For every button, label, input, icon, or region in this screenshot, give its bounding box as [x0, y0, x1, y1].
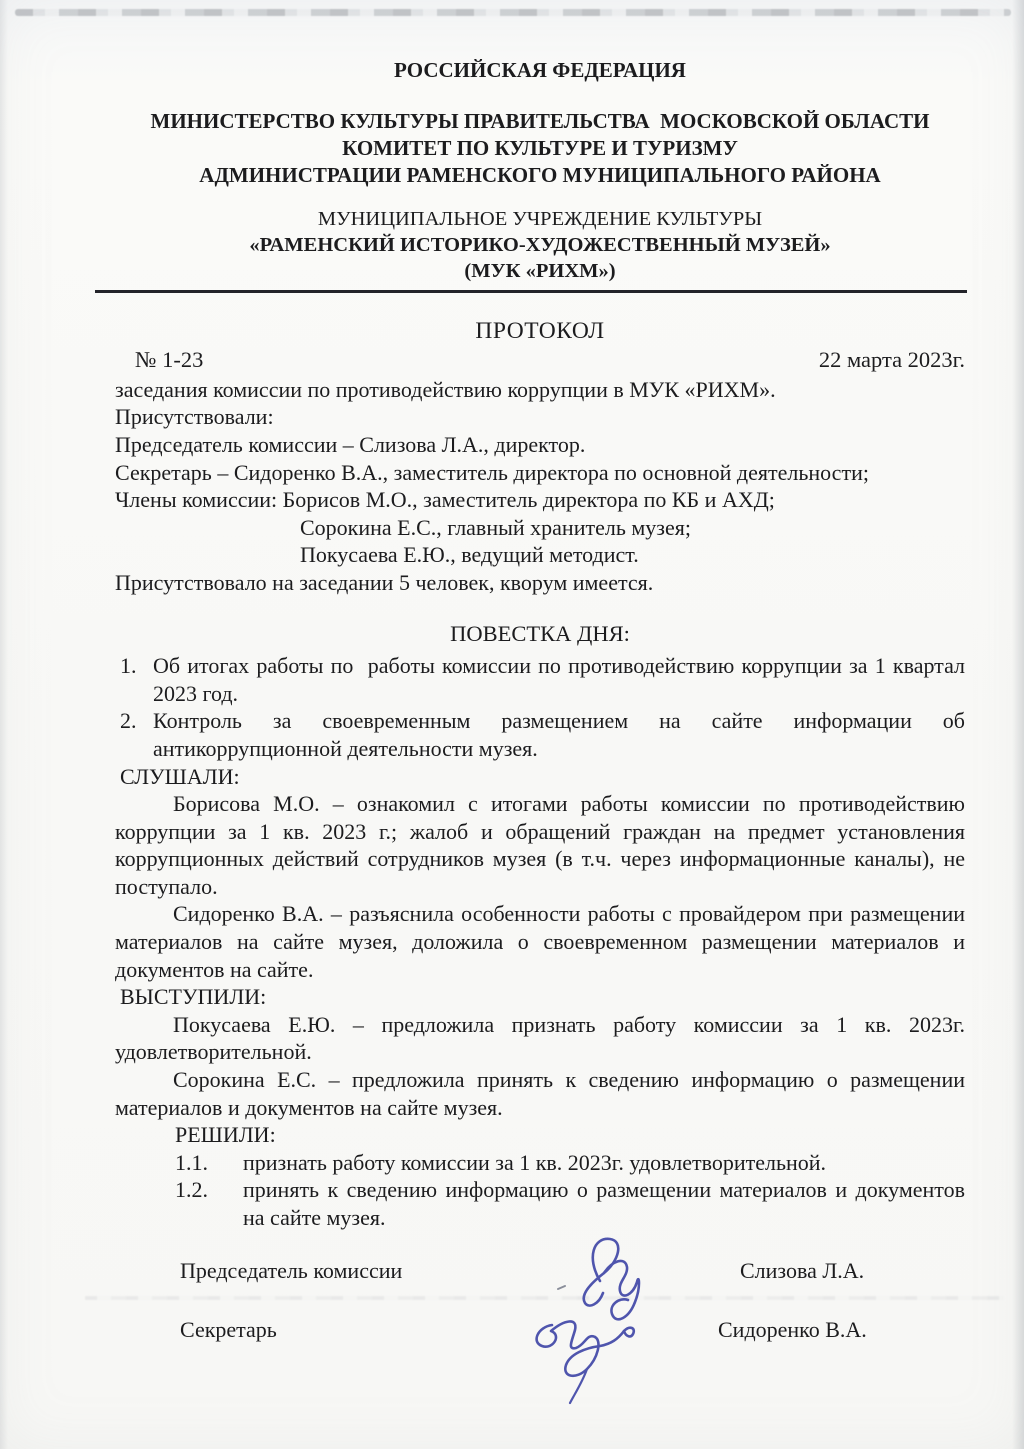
header-separator-line: [95, 290, 967, 293]
header-administration: АДМИНИСТРАЦИИ РАМЕНСКОГО МУНИЦИПАЛЬНОГО …: [115, 162, 965, 189]
signature-role-chairman: Председатель комиссии: [180, 1258, 402, 1284]
attendee-member-3: Покусаева Е.Ю., ведущий методист.: [115, 541, 965, 569]
decided-item-text: признать работу комиссии за 1 кв. 2023г.…: [243, 1149, 965, 1177]
attendee-members-line: Члены комиссии: Борисов М.О., заместител…: [115, 486, 965, 514]
document-content: РОССИЙСКАЯ ФЕДЕРАЦИЯ МИНИСТЕРСТВО КУЛЬТУ…: [115, 0, 965, 1232]
decided-item-text: принять к сведению информацию о размещен…: [243, 1176, 965, 1231]
decided-heading: РЕШИЛИ:: [175, 1121, 965, 1149]
header-institution-type: МУНИЦИПАЛЬНОЕ УЧРЕЖДЕНИЕ КУЛЬТУРЫ: [115, 206, 965, 232]
decided-item-number: 1.1.: [175, 1149, 243, 1177]
header-museum-name: «РАМЕНСКИЙ ИСТОРИКО-ХУДОЖЕСТВЕННЫЙ МУЗЕЙ…: [115, 232, 965, 258]
attendee-member-2: Сорокина Е.С., главный хранитель музея;: [115, 514, 965, 542]
agenda-item-text: Контроль за своевременным размещением на…: [153, 707, 965, 762]
attendee-secretary: Секретарь – Сидоренко В.А., заместитель …: [115, 459, 965, 487]
protocol-number-date-row: № 1-23 22 марта 2023г.: [115, 346, 965, 374]
decided-item: 1.1. признать работу комиссии за 1 кв. 2…: [175, 1149, 965, 1177]
scan-edge-shadow-right: [1012, 0, 1024, 1449]
protocol-number: № 1-23: [115, 346, 203, 374]
agenda-item-text: Об итогах работы по работы комиссии по п…: [153, 652, 965, 707]
agenda-heading: ПОВЕСТКА ДНЯ:: [115, 620, 965, 648]
header-committee: КОМИТЕТ ПО КУЛЬТУРЕ И ТУРИЗМУ: [115, 135, 965, 162]
scanned-document-page: РОССИЙСКАЯ ФЕДЕРАЦИЯ МИНИСТЕРСТВО КУЛЬТУ…: [0, 0, 1024, 1449]
attendees-label: Присутствовали:: [115, 403, 965, 431]
spoke-paragraph: Сорокина Е.С. – предложила принять к све…: [115, 1066, 965, 1121]
header-museum-abbreviation: (МУК «РИХМ»): [115, 258, 965, 284]
decided-item-number: 1.2.: [175, 1176, 243, 1231]
agenda-item-number: 1.: [115, 652, 153, 707]
agenda-item-number: 2.: [115, 707, 153, 762]
decided-item: 1.2. принять к сведению информацию о раз…: [175, 1176, 965, 1231]
signature-name-sidorenko: Сидоренко В.А.: [718, 1317, 867, 1343]
agenda-item: 2. Контроль за своевременным размещением…: [115, 707, 965, 762]
heard-paragraph: Борисова М.О. – ознакомил с итогами рабо…: [115, 790, 965, 900]
spoke-paragraph: Покусаева Е.Ю. – предложила признать раб…: [115, 1011, 965, 1066]
handwritten-signatures-ink: [500, 1225, 720, 1425]
header-ministry: МИНИСТЕРСТВО КУЛЬТУРЫ ПРАВИТЕЛЬСТВА МОСК…: [115, 108, 965, 135]
protocol-date: 22 марта 2023г.: [819, 346, 965, 374]
header-country: РОССИЙСКАЯ ФЕДЕРАЦИЯ: [115, 57, 965, 85]
signature-name-slizova: Слизова Л.А.: [740, 1258, 864, 1284]
attendee-chairman: Председатель комиссии – Слизова Л.А., ди…: [115, 431, 965, 459]
quorum-statement: Присутствовало на заседании 5 человек, к…: [115, 569, 965, 597]
scan-edge-shadow-left: [0, 0, 8, 1449]
document-title: ПРОТОКОЛ: [115, 318, 965, 346]
heard-heading: СЛУШАЛИ:: [115, 763, 965, 791]
heard-paragraph: Сидоренко В.А. – разъяснила особенности …: [115, 900, 965, 983]
agenda-item: 1. Об итогах работы по работы комиссии п…: [115, 652, 965, 707]
spoke-heading: ВЫСТУПИЛИ:: [115, 983, 965, 1011]
protocol-subject: заседания комиссии по противодействию ко…: [115, 376, 965, 404]
signature-role-secretary: Секретарь: [180, 1317, 277, 1343]
